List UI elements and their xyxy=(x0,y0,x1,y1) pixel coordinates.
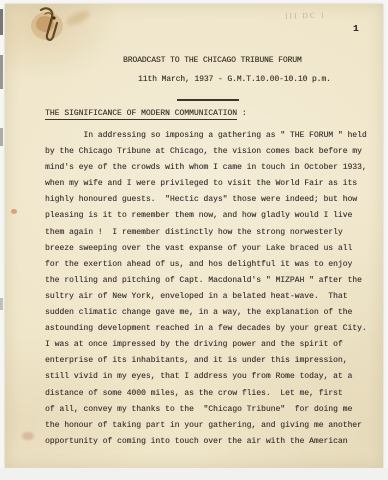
typed-line: I was at once impressed by the driving p… xyxy=(45,337,367,353)
typed-line: sudden climatic change gave me, in a way… xyxy=(45,305,367,321)
typed-line: pleasing is it to remember them now, and… xyxy=(45,208,367,224)
scan-bottom-edge xyxy=(0,468,388,480)
typed-line: them again ! I remember distinctly how t… xyxy=(45,225,367,241)
typed-line: In addressing so imposing a gathering as… xyxy=(45,128,367,144)
typed-line: enterprise of its inhabitants, and it is… xyxy=(45,353,367,369)
typed-body: In addressing so imposing a gathering as… xyxy=(45,128,367,450)
rust-dot xyxy=(11,209,17,214)
page-number: 1 xyxy=(353,23,359,34)
typed-line: breeze sweeping over the vast expanse of… xyxy=(45,241,367,257)
section-heading-text: THE SIGNIFICANCE OF MODERN COMMUNICATION xyxy=(45,109,237,120)
paper-sheet: III DC 1 1 BROADCAST TO THE CHICAGO TRIB… xyxy=(5,4,383,468)
section-heading-colon: : xyxy=(237,109,247,118)
paperclip-rust-mark xyxy=(21,4,81,62)
scan-edge-mark xyxy=(0,298,3,310)
divider-rule xyxy=(177,99,239,101)
typed-line: for the exertion ahead of us, and hos de… xyxy=(45,257,367,273)
ink-smudge xyxy=(22,432,34,440)
section-heading: THE SIGNIFICANCE OF MODERN COMMUNICATION… xyxy=(45,109,247,118)
typed-line: opportunity of coming into touch over th… xyxy=(45,434,367,450)
scan-edge-mark xyxy=(0,9,3,35)
document-title: BROADCAST TO THE CHICAGO TRIBUNE FORUM xyxy=(123,56,302,65)
typed-line: when my wife and I were privileged to vi… xyxy=(45,176,367,192)
scanned-page: III DC 1 1 BROADCAST TO THE CHICAGO TRIB… xyxy=(0,0,388,480)
typed-line: astounding development reached in a few … xyxy=(45,321,367,337)
typed-line: sultry air of New York, enveloped in a b… xyxy=(45,289,367,305)
typed-line: mind's eye of the crowds with whom I cam… xyxy=(45,160,367,176)
scan-edge-mark xyxy=(0,128,3,146)
typed-line: the honour of taking part in your gather… xyxy=(45,418,367,434)
scan-edge-mark xyxy=(0,55,3,89)
archive-stamp: III DC 1 xyxy=(285,10,327,20)
typed-line: highly honoured guests. "Hectic days" th… xyxy=(45,192,367,208)
typed-line: still vivid in my eyes, that I address y… xyxy=(45,369,367,385)
typed-line: distance of some 4000 miles, as the crow… xyxy=(45,386,367,402)
typed-line: the rolling and pitching of Capt. Macdon… xyxy=(45,273,367,289)
typed-line: of all, convey my thanks to the "Chicago… xyxy=(45,402,367,418)
date-line: 11th March, 1937 - G.M.T.10.00-10.10 p.m… xyxy=(138,75,331,84)
typed-line: by the Chicago Tribune at Chicago, the v… xyxy=(45,144,367,160)
